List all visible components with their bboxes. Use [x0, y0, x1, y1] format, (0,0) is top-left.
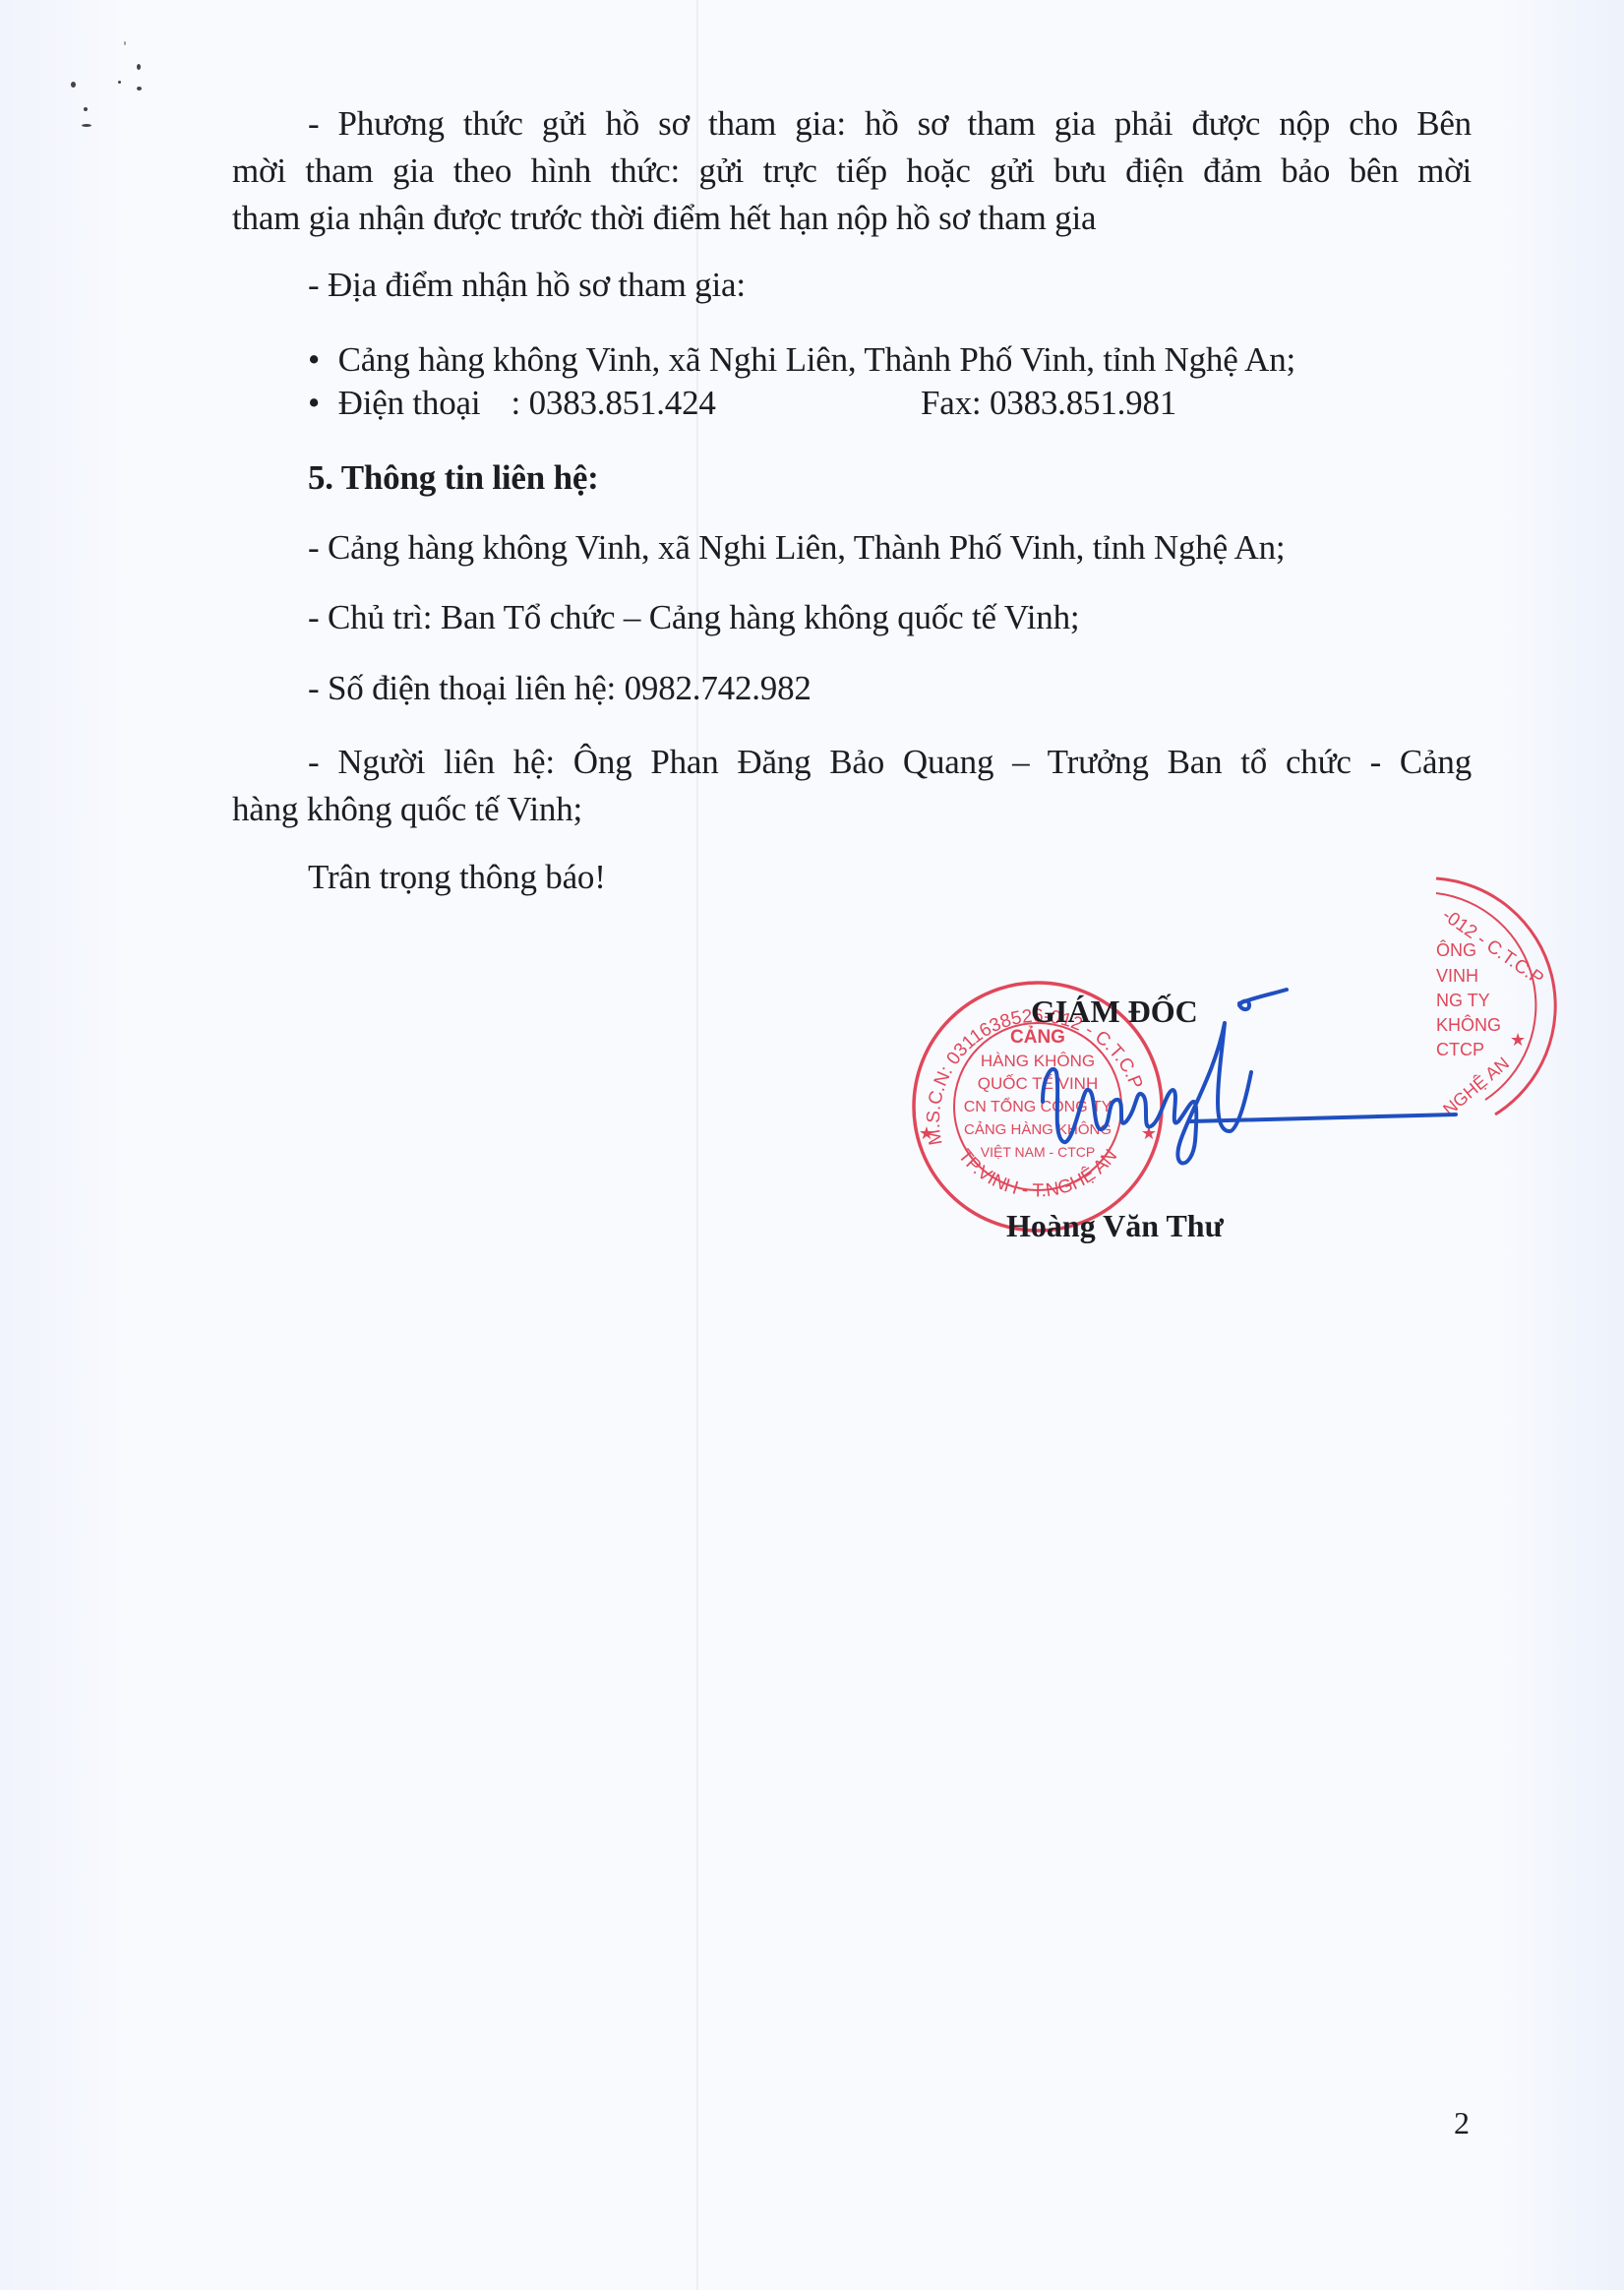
phone-bullet: Điện thoại : 0383.851.424	[308, 384, 716, 423]
contact-item: - Cảng hàng không Vinh, xã Nghi Liên, Th…	[308, 528, 1285, 568]
phone-value: : 0383.851.424	[511, 384, 716, 422]
svg-text:★: ★	[1510, 1030, 1526, 1050]
paragraph-line: tham gia nhận được trước thời điểm hết h…	[232, 199, 1096, 238]
svg-text:★: ★	[919, 1123, 934, 1143]
contact-item: - Chủ trì: Ban Tổ chức – Cảng hàng không…	[308, 598, 1079, 637]
paragraph-line: - Phương thức gửi hồ sơ tham gia: hồ sơ …	[308, 104, 1472, 144]
signer-name: Hoàng Văn Thư	[1006, 1208, 1224, 1244]
handwritten-signature	[1043, 984, 1456, 1180]
fax-value: Fax: 0383.851.981	[921, 384, 1176, 423]
page-number: 2	[1454, 2105, 1470, 2141]
svg-text:ÔNG: ÔNG	[1436, 939, 1476, 960]
svg-text:VINH: VINH	[1436, 966, 1478, 986]
contact-person-line: hàng không quốc tế Vinh;	[232, 790, 582, 829]
phone-label: Điện thoại	[338, 384, 481, 422]
closing-text: Trân trọng thông báo!	[308, 858, 606, 897]
contact-item: - Số điện thoại liên hệ: 0982.742.982	[308, 669, 812, 708]
location-bullet: Cảng hàng không Vinh, xã Nghi Liên, Thàn…	[308, 340, 1295, 380]
location-heading: - Địa điểm nhận hồ sơ tham gia:	[308, 266, 746, 305]
section-heading: 5. Thông tin liên hệ:	[308, 458, 599, 498]
paragraph-line: mời tham gia theo hình thức: gửi trực ti…	[232, 151, 1472, 191]
location-bullet-text: Cảng hàng không Vinh, xã Nghi Liên, Thàn…	[338, 340, 1295, 379]
contact-person-line: - Người liên hệ: Ông Phan Đăng Bảo Quang…	[308, 743, 1472, 782]
